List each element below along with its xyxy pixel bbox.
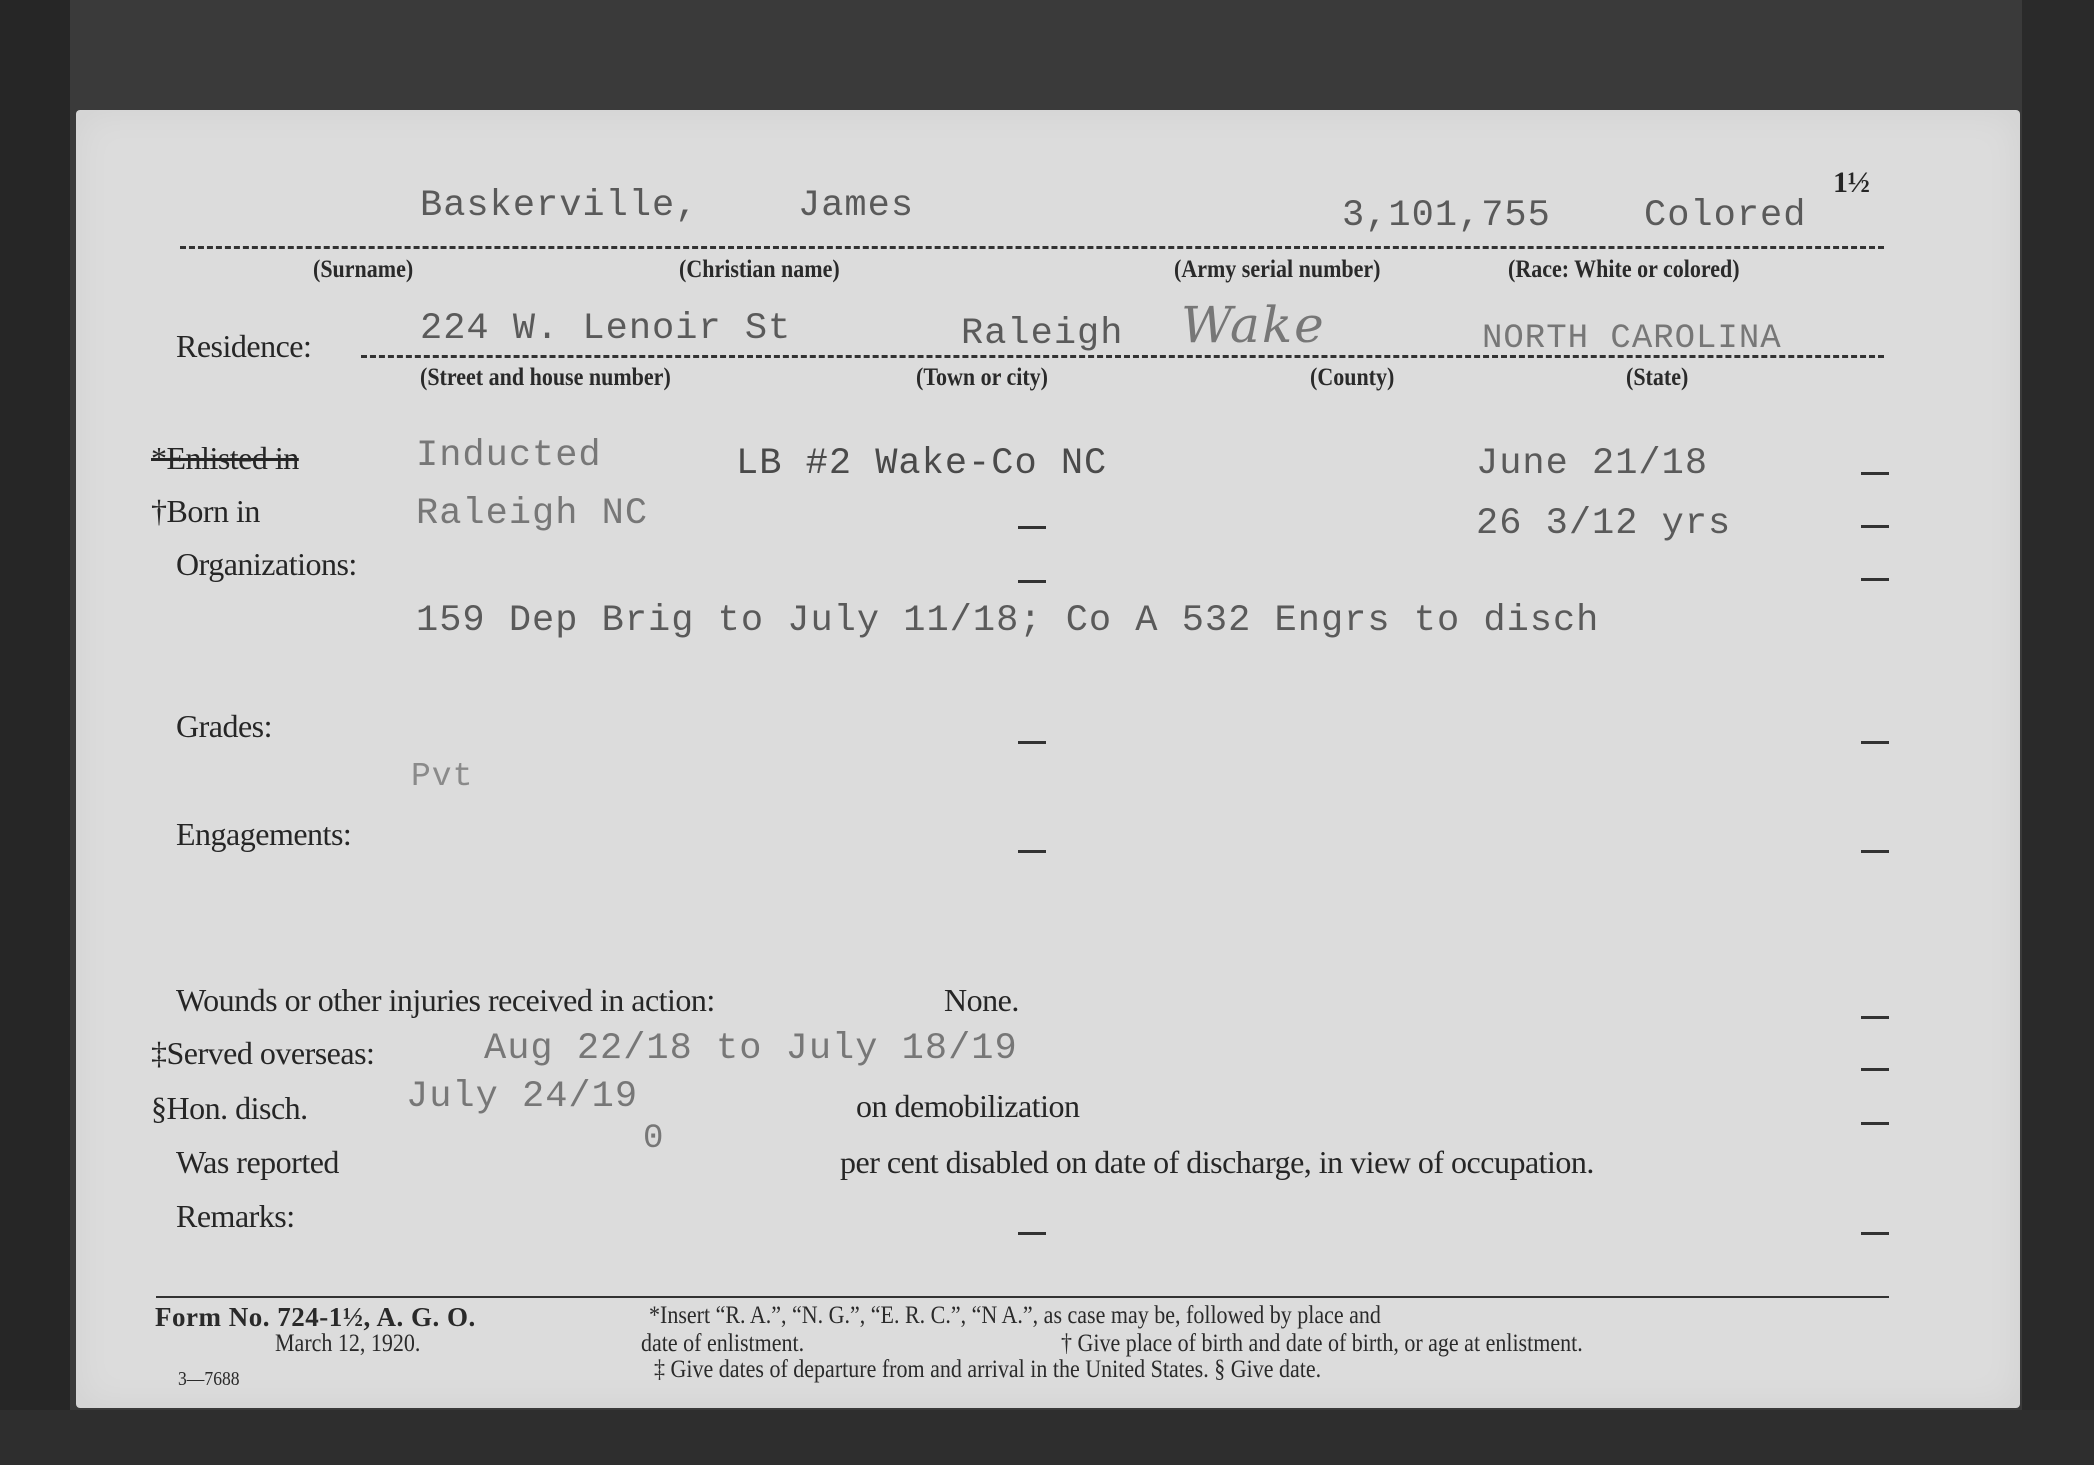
dash-mark	[1861, 850, 1889, 853]
born-value: Raleigh NC	[416, 493, 648, 535]
enlisted-label: *Enlisted in	[151, 440, 299, 477]
hon-disch-label: §Hon. disch.	[151, 1090, 308, 1127]
residence-dashed-line	[361, 355, 1884, 358]
state-value: NORTH CAROLINA	[1482, 320, 1782, 358]
dash-mark	[1861, 1122, 1889, 1125]
served-overseas-value: Aug 22/18 to July 18/19	[484, 1028, 1018, 1070]
enlisted-place: LB #2 Wake-Co NC	[736, 443, 1107, 485]
state-caption: (State)	[1626, 364, 1688, 392]
hon-disch-suffix: on demobilization	[856, 1088, 1079, 1125]
footnote-line-3: ‡ Give dates of departure from and arriv…	[654, 1356, 1321, 1384]
surname-value: Baskerville,	[420, 185, 698, 227]
dash-mark	[1018, 580, 1046, 583]
born-age: 26 3/12 yrs	[1476, 503, 1731, 545]
county-value: Wake	[1181, 296, 1326, 354]
race-value: Colored	[1644, 195, 1806, 237]
remarks-label: Remarks:	[176, 1198, 295, 1235]
reported-suffix: per cent disabled on date of discharge, …	[840, 1144, 1594, 1181]
scan-background-left	[0, 0, 70, 1465]
wounds-value: None.	[944, 982, 1019, 1019]
county-caption: (County)	[1310, 364, 1394, 392]
served-overseas-label: ‡Served overseas:	[151, 1035, 374, 1072]
header-dashed-line	[180, 246, 1884, 249]
print-code: 3—7688	[178, 1368, 240, 1391]
reported-label: Was reported	[176, 1144, 339, 1181]
town-caption: (Town or city)	[916, 364, 1048, 392]
footnote-line-1: *Insert “R. A.”, “N. G.”, “E. R. C.”, “N…	[649, 1302, 1381, 1330]
street-caption: (Street and house number)	[420, 364, 671, 392]
disability-percent: 0	[643, 1120, 664, 1158]
wounds-label: Wounds or other injuries received in act…	[176, 982, 715, 1019]
form-number: Form No. 724-1½, A. G. O.	[155, 1302, 476, 1333]
dash-mark	[1018, 1232, 1046, 1235]
hon-disch-value: July 24/19	[406, 1076, 638, 1118]
christian-name-value: James	[798, 185, 914, 227]
enlisted-date: June 21/18	[1476, 443, 1708, 485]
dash-mark	[1018, 850, 1046, 853]
footer-rule	[156, 1296, 1889, 1298]
surname-caption: (Surname)	[313, 256, 413, 284]
grades-label: Grades:	[176, 708, 272, 745]
organizations-label: Organizations:	[176, 546, 357, 583]
dash-mark	[1861, 1068, 1889, 1071]
dash-mark	[1861, 525, 1889, 528]
dash-mark	[1018, 526, 1046, 529]
scan-background-bottom	[0, 1410, 2094, 1465]
dash-mark	[1861, 741, 1889, 744]
street-value: 224 W. Lenoir St	[420, 308, 791, 350]
engagements-label: Engagements:	[176, 816, 351, 853]
serial-number-caption: (Army serial number)	[1174, 256, 1381, 284]
footnote-line-2a: date of enlistment.	[641, 1330, 804, 1358]
christian-name-caption: (Christian name)	[679, 256, 840, 284]
race-caption: (Race: White or colored)	[1508, 256, 1740, 284]
dash-mark	[1861, 1232, 1889, 1235]
born-label: †Born in	[151, 493, 260, 530]
dash-mark	[1861, 472, 1889, 475]
dash-mark	[1018, 741, 1046, 744]
scan-background-right	[2022, 0, 2094, 1465]
service-record-card: 1½ Baskerville, James 3,101,755 Colored …	[76, 110, 2020, 1408]
town-value: Raleigh	[961, 313, 1123, 355]
grades-value: Pvt	[411, 758, 473, 795]
residence-label: Residence:	[176, 328, 311, 365]
corner-mark: 1½	[1833, 166, 1870, 200]
serial-number-value: 3,101,755	[1342, 195, 1551, 237]
organizations-value: 159 Dep Brig to July 11/18; Co A 532 Eng…	[416, 600, 1599, 642]
footnote-line-2b: † Give place of birth and date of birth,…	[1061, 1330, 1583, 1358]
dash-mark	[1861, 578, 1889, 581]
dash-mark	[1861, 1016, 1889, 1019]
form-date: March 12, 1920.	[275, 1330, 420, 1358]
enlisted-value: Inducted	[416, 435, 602, 477]
